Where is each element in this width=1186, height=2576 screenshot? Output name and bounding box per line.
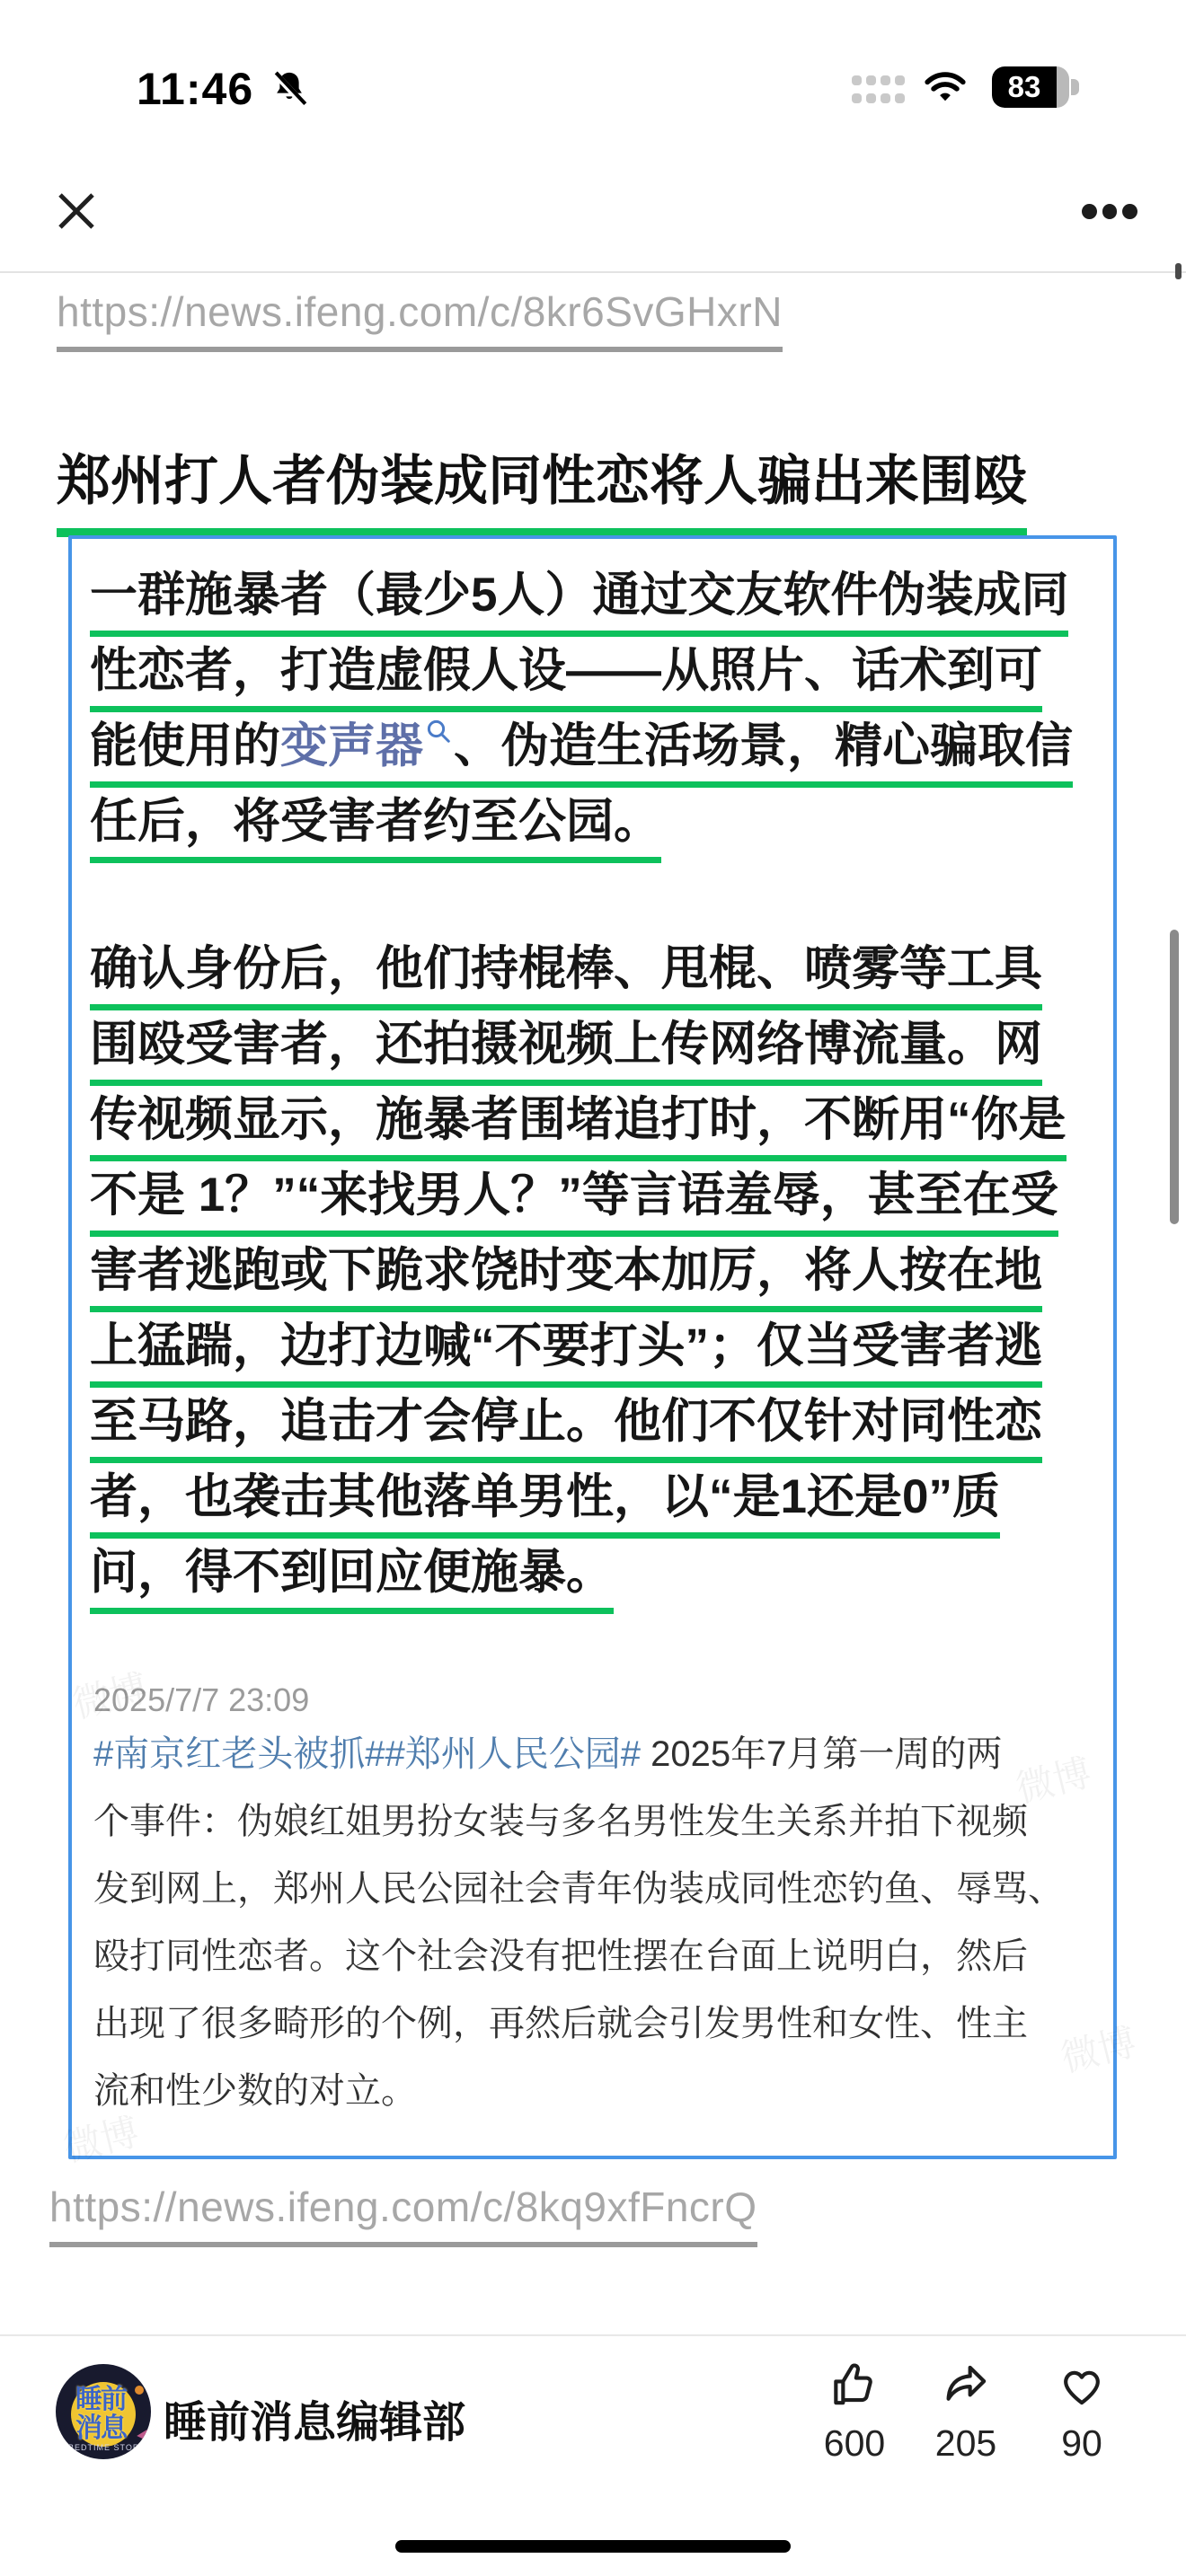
para1-line2: 性恋者，打造虚假人设——从照片、话术到可 — [90, 640, 1042, 712]
para1-line3: 能使用的变声器、伪造生活场景，精心骗取信 — [90, 715, 1073, 788]
screen: 11:46 83 https://news.ifeng.com/c/8kr6Sv… — [0, 0, 1186, 2576]
embed-line5: 出现了很多畸形的个例，再然后就会引发男性和女性、性主 — [93, 1990, 1100, 2058]
para2-line1: 确认身份后，他们持棍棒、甩棍、喷雾等工具 — [90, 938, 1042, 1010]
source-link-top[interactable]: https://news.ifeng.com/c/8kr6SvGHxrN — [57, 287, 783, 352]
like-button[interactable]: 600 — [801, 2357, 908, 2465]
wifi-icon — [917, 65, 973, 110]
mute-bell-icon — [266, 66, 313, 113]
embed-line1-rest: 2025年7月第一周的两 — [641, 1734, 1002, 1774]
para2-line3: 传视频显示，施暴者围堵追打时，不断用“你是 — [90, 1089, 1067, 1161]
page-title: 郑州打人者伪装成同性恋将人骗出来围殴 — [57, 438, 1027, 537]
battery-icon: 83 — [992, 66, 1069, 108]
paragraph-2: 确认身份后，他们持棍棒、甩棍、喷雾等工具 围殴受害者，还拍摄视频上传网络博流量。… — [90, 938, 1101, 1617]
top-divider — [0, 271, 1186, 273]
embed-line2: 个事件：伪娘红姐男扮女装与多名男性发生关系并拍下视频 — [93, 1788, 1100, 1856]
share-arrow-icon — [938, 2357, 994, 2413]
para2-line5: 害者逃跑或下跪求饶时变本加厉，将人按在地 — [90, 1239, 1042, 1312]
like-count: 600 — [801, 2422, 908, 2465]
para1-line4: 任后，将受害者约至公园。 — [90, 790, 661, 863]
para1-line3-prefix: 能使用的 — [90, 719, 280, 772]
account-name[interactable]: 睡前消息编辑部 — [164, 2387, 465, 2449]
hashtag-links[interactable]: #南京红老头被抓##郑州人民公园# — [93, 1734, 641, 1774]
avatar[interactable]: 睡前消息 BEDTIME STORY — [56, 2364, 151, 2459]
close-icon[interactable] — [52, 187, 101, 235]
para2-line2: 围殴受害者，还拍摄视频上传网络博流量。网 — [90, 1013, 1042, 1086]
para2-line9: 问，得不到回应便施暴。 — [90, 1541, 614, 1614]
share-count: 205 — [912, 2422, 1020, 2465]
voice-changer-link[interactable]: 变声器 — [280, 719, 423, 772]
para1-line3-suffix: 、伪造生活场景，精心骗取信 — [454, 719, 1073, 772]
heart-button[interactable]: 90 — [1028, 2357, 1136, 2465]
embedded-post-body: #南京红老头被抓##郑州人民公园# 2025年7月第一周的两 个事件：伪娘红姐男… — [93, 1721, 1100, 2125]
source-link-bottom[interactable]: https://news.ifeng.com/c/8kq9xfFncrQ — [49, 2183, 757, 2247]
thumbs-up-icon — [827, 2357, 882, 2413]
home-indicator — [395, 2540, 791, 2553]
embed-line4: 殴打同性恋者。这个社会没有把性摆在台面上说明白，然后 — [93, 1923, 1100, 1990]
heart-count: 90 — [1028, 2422, 1136, 2465]
para2-line4: 不是 1？”“来找男人？”等言语羞辱，甚至在受 — [90, 1164, 1058, 1237]
para2-line8: 者，也袭击其他落单男性，以“是1还是0”质 — [90, 1466, 1000, 1539]
status-time: 11:46 — [137, 63, 253, 115]
scrollbar[interactable] — [1170, 930, 1179, 1224]
scroll-indicator-top — [1175, 263, 1182, 279]
para1-line1: 一群施暴者（最少5人）通过交友软件伪装成同 — [90, 564, 1068, 637]
more-options-button[interactable] — [1082, 201, 1137, 221]
cellular-dots-icon — [852, 75, 904, 111]
para2-line7: 至马路，追击才会停止。他们不仅针对同性恋 — [90, 1390, 1042, 1463]
search-icon[interactable] — [425, 718, 452, 745]
footer-divider — [0, 2334, 1186, 2336]
paragraph-1: 一群施暴者（最少5人）通过交友软件伪装成同 性恋者，打造虚假人设——从照片、话术… — [90, 564, 1101, 866]
heart-icon — [1054, 2357, 1110, 2413]
battery-percent: 83 — [992, 66, 1057, 108]
battery-nub — [1071, 79, 1079, 95]
embed-line3: 发到网上，郑州人民公园社会青年伪装成同性恋钓鱼、辱骂、 — [93, 1856, 1100, 1923]
para2-line6: 上猛踹，边打边喊“不要打头”；仅当受害者逃 — [90, 1315, 1042, 1388]
share-button[interactable]: 205 — [912, 2357, 1020, 2465]
embed-line6: 流和性少数的对立。 — [93, 2058, 1100, 2125]
